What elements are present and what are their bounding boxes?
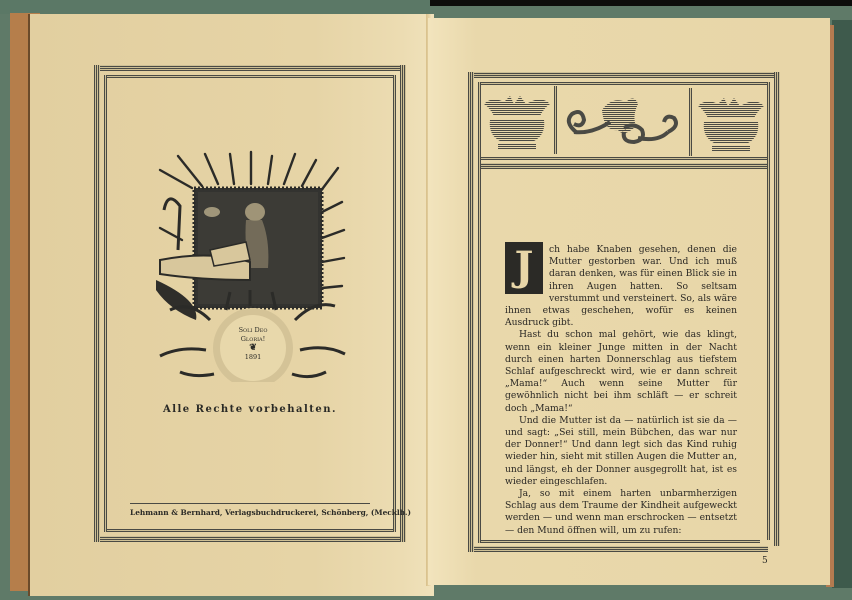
seal-year: 1891 (221, 353, 285, 362)
rights-notice: Alle Rechte vorbehalten. (94, 404, 406, 415)
drop-cap-letter: J (507, 244, 541, 292)
acanthus-scroll-ornament-icon (562, 92, 686, 154)
seal-motto-line1: Soli Deo (221, 326, 285, 335)
printer-mark-icon: ❦ (221, 344, 285, 353)
seal-text: Soli Deo Gloria! ❦ 1891 (221, 326, 285, 362)
page-number: 5 (762, 556, 768, 566)
printer-imprint: Lehmann & Bernhard, Verlagsbuchdruckerei… (130, 508, 411, 517)
imprint-rule (130, 503, 370, 504)
drop-cap: J (505, 242, 543, 294)
urn-ornament-right-icon (696, 94, 766, 156)
urn-ornament-left-icon (482, 92, 552, 154)
chapter-text: J ch habe Knaben gesehen, denen die Mutt… (505, 244, 737, 537)
paragraph-4: Ja, so mit einem harten unbarmherzigen S… (505, 488, 737, 537)
paragraph-2: Hast du schon mal gehört, wie das klingt… (505, 329, 737, 414)
cover-edge-top (0, 0, 430, 14)
cover-edge-right (832, 20, 852, 588)
paragraph-3: Und die Mutter ist da — natürlich ist si… (505, 415, 737, 488)
